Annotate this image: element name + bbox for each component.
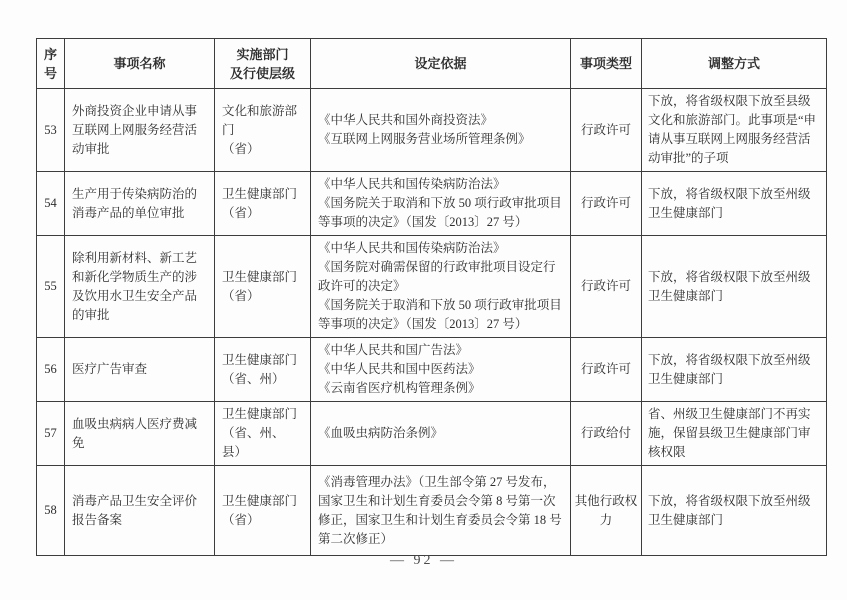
cell-item-type: 行政许可 xyxy=(571,236,642,338)
department-name: 卫生健康部门 xyxy=(222,268,303,287)
cell-item-name: 除利用新材料、新工艺和新化学物质生产的涉及饮用水卫生安全产品的审批 xyxy=(65,236,215,338)
cell-legal-basis: 《中华人民共和国外商投资法》《互联网上网服务营业场所管理条例》 xyxy=(311,89,571,172)
table-row-53: 53 外商投资企业申请从事互联网上网服务经营活动审批 文化和旅游部门 （省） 《… xyxy=(37,89,827,172)
cell-serial-no: 53 xyxy=(37,89,65,172)
department-level: （省、州） xyxy=(222,370,303,389)
cell-adjustment-method: 下放，将省级权限下放至州级卫生健康部门 xyxy=(642,172,827,236)
cell-item-name: 生产用于传染病防治的消毒产品的单位审批 xyxy=(65,172,215,236)
approval-items-table: 序号 事项名称 实施部门及行使层级 设定依据 事项类型 调整方式 53 外商投资… xyxy=(36,38,827,556)
cell-department: 卫生健康部门 （省） xyxy=(215,466,311,556)
department-level: （省） xyxy=(222,511,303,530)
page-number: — 92 — xyxy=(0,553,847,569)
col-header-serial-no: 序号 xyxy=(37,39,65,89)
col-header-item-type: 事项类型 xyxy=(571,39,642,89)
cell-department: 卫生健康部门 （省） xyxy=(215,236,311,338)
cell-legal-basis: 《消毒管理办法》（卫生部令第 27 号发布，国家卫生和计划生育委员会令第 8 号… xyxy=(311,466,571,556)
cell-item-type: 行政许可 xyxy=(571,172,642,236)
cell-adjustment-method: 省、州级卫生健康部门不再实施，保留县级卫生健康部门审核权限 xyxy=(642,402,827,466)
cell-adjustment-method: 下放，将省级权限下放至县级文化和旅游部门。此事项是“申请从事互联网上网服务经营活… xyxy=(642,89,827,172)
col-header-department-level: 实施部门及行使层级 xyxy=(215,39,311,89)
cell-item-name: 消毒产品卫生安全评价报告备案 xyxy=(65,466,215,556)
cell-department: 卫生健康部门 （省、州、县） xyxy=(215,402,311,466)
cell-adjustment-method: 下放，将省级权限下放至州级卫生健康部门 xyxy=(642,338,827,402)
cell-legal-basis: 《中华人民共和国传染病防治法》《国务院关于取消和下放 50 项行政审批项目等事项… xyxy=(311,172,571,236)
cell-department: 文化和旅游部门 （省） xyxy=(215,89,311,172)
cell-adjustment-method: 下放，将省级权限下放至州级卫生健康部门 xyxy=(642,236,827,338)
cell-serial-no: 55 xyxy=(37,236,65,338)
department-name: 文化和旅游部门 xyxy=(222,102,303,140)
col-header-item-name: 事项名称 xyxy=(65,39,215,89)
col-header-adjustment-method: 调整方式 xyxy=(642,39,827,89)
department-level: （省） xyxy=(222,287,303,306)
cell-item-name: 医疗广告审查 xyxy=(65,338,215,402)
department-level: （省） xyxy=(222,204,303,223)
department-level: （省、州、县） xyxy=(222,424,303,462)
table-row-57: 57 血吸虫病病人医疗费减免 卫生健康部门 （省、州、县） 《血吸虫病防治条例》… xyxy=(37,402,827,466)
document-page: 序号 事项名称 实施部门及行使层级 设定依据 事项类型 调整方式 53 外商投资… xyxy=(0,0,847,600)
cell-legal-basis: 《中华人民共和国传染病防治法》《国务院对确需保留的行政审批项目设定行政许可的决定… xyxy=(311,236,571,338)
cell-legal-basis: 《中华人民共和国广告法》《中华人民共和国中医药法》《云南省医疗机构管理条例》 xyxy=(311,338,571,402)
department-name: 卫生健康部门 xyxy=(222,185,303,204)
table-row-56: 56 医疗广告审查 卫生健康部门 （省、州） 《中华人民共和国广告法》《中华人民… xyxy=(37,338,827,402)
cell-item-type: 行政给付 xyxy=(571,402,642,466)
cell-item-type: 行政许可 xyxy=(571,89,642,172)
cell-item-name: 血吸虫病病人医疗费减免 xyxy=(65,402,215,466)
cell-adjustment-method: 下放，将省级权限下放至州级卫生健康部门 xyxy=(642,466,827,556)
cell-item-name: 外商投资企业申请从事互联网上网服务经营活动审批 xyxy=(65,89,215,172)
table-row-55: 55 除利用新材料、新工艺和新化学物质生产的涉及饮用水卫生安全产品的审批 卫生健… xyxy=(37,236,827,338)
department-name: 卫生健康部门 xyxy=(222,405,303,424)
col-header-legal-basis: 设定依据 xyxy=(311,39,571,89)
cell-serial-no: 56 xyxy=(37,338,65,402)
cell-legal-basis: 《血吸虫病防治条例》 xyxy=(311,402,571,466)
cell-department: 卫生健康部门 （省、州） xyxy=(215,338,311,402)
department-level: （省） xyxy=(222,140,303,159)
cell-serial-no: 57 xyxy=(37,402,65,466)
department-name: 卫生健康部门 xyxy=(222,492,303,511)
cell-serial-no: 54 xyxy=(37,172,65,236)
cell-department: 卫生健康部门 （省） xyxy=(215,172,311,236)
cell-item-type: 行政许可 xyxy=(571,338,642,402)
table-row-58: 58 消毒产品卫生安全评价报告备案 卫生健康部门 （省） 《消毒管理办法》（卫生… xyxy=(37,466,827,556)
department-name: 卫生健康部门 xyxy=(222,351,303,370)
table-row-54: 54 生产用于传染病防治的消毒产品的单位审批 卫生健康部门 （省） 《中华人民共… xyxy=(37,172,827,236)
cell-serial-no: 58 xyxy=(37,466,65,556)
table-header-row: 序号 事项名称 实施部门及行使层级 设定依据 事项类型 调整方式 xyxy=(37,39,827,89)
cell-item-type: 其他行政权力 xyxy=(571,466,642,556)
